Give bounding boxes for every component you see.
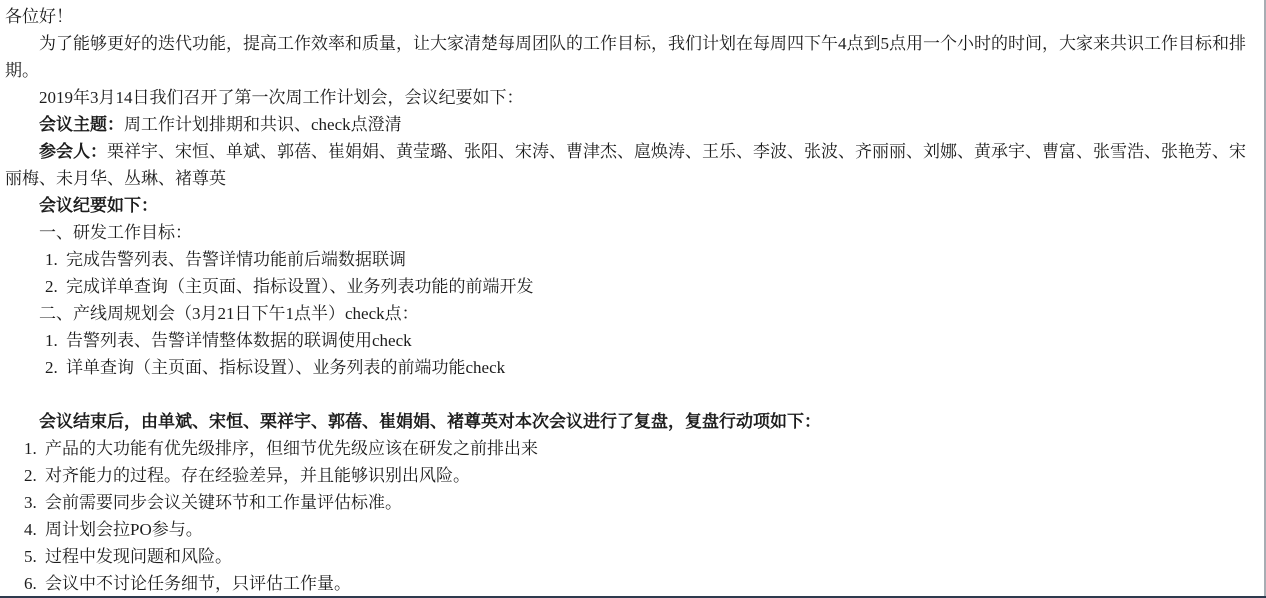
attendees-label: 参会人： bbox=[39, 142, 107, 161]
list-item: 产品的大功能有优先级排序，但细节优先级应该在研发之前排出来 bbox=[41, 435, 1256, 462]
list-item: 告警列表、告警详情整体数据的联调使用check bbox=[62, 327, 1256, 354]
blank-line bbox=[5, 381, 1256, 408]
meeting-topic-text: 周工作计划排期和共识、check点澄清 bbox=[124, 115, 402, 134]
minutes-heading: 会议纪要如下： bbox=[5, 192, 1256, 219]
list-item: 完成告警列表、告警详情功能前后端数据联调 bbox=[62, 246, 1256, 273]
review-heading: 会议结束后，由单斌、宋恒、栗祥宇、郭蓓、崔娟娟、褚尊英对本次会议进行了复盘，复盘… bbox=[5, 408, 1256, 435]
meeting-topic-label: 会议主题： bbox=[39, 115, 124, 134]
document-page: 各位好！ 为了能够更好的迭代功能，提高工作效率和质量，让大家清楚每周团队的工作目… bbox=[0, 0, 1266, 598]
attendees-line: 参会人：栗祥宇、宋恒、单斌、郭蓓、崔娟娟、黄莹璐、张阳、宋涛、曹津杰、扈焕涛、王… bbox=[5, 138, 1256, 192]
list-item: 详单查询（主页面、指标设置）、业务列表的前端功能check bbox=[62, 354, 1256, 381]
section1-list: 完成告警列表、告警详情功能前后端数据联调完成详单查询（主页面、指标设置）、业务列… bbox=[5, 246, 1256, 300]
attendees-text: 栗祥宇、宋恒、单斌、郭蓓、崔娟娟、黄莹璐、张阳、宋涛、曹津杰、扈焕涛、王乐、李波… bbox=[5, 142, 1246, 188]
section2-title: 二、产线周规划会（3月21日下午1点半）check点： bbox=[5, 300, 1256, 327]
list-item: 会前需要同步会议关键环节和工作量评估标准。 bbox=[41, 489, 1256, 516]
list-item: 周计划会拉PO参与。 bbox=[41, 516, 1256, 543]
list-item: 对齐能力的过程。存在经验差异，并且能够识别出风险。 bbox=[41, 462, 1256, 489]
intro-paragraph: 为了能够更好的迭代功能，提高工作效率和质量，让大家清楚每周团队的工作目标，我们计… bbox=[5, 30, 1256, 84]
section2-list: 告警列表、告警详情整体数据的联调使用check详单查询（主页面、指标设置）、业务… bbox=[5, 327, 1256, 381]
list-item: 完成详单查询（主页面、指标设置）、业务列表功能的前端开发 bbox=[62, 273, 1256, 300]
greeting-line: 各位好！ bbox=[5, 3, 1256, 30]
meeting-topic-line: 会议主题：周工作计划排期和共识、check点澄清 bbox=[5, 111, 1256, 138]
section1-title: 一、研发工作目标： bbox=[5, 219, 1256, 246]
review-list: 产品的大功能有优先级排序，但细节优先级应该在研发之前排出来对齐能力的过程。存在经… bbox=[5, 435, 1256, 597]
list-item: 过程中发现问题和风险。 bbox=[41, 543, 1256, 570]
meeting-announcement: 2019年3月14日我们召开了第一次周工作计划会，会议纪要如下： bbox=[5, 84, 1256, 111]
list-item: 会议中不讨论任务细节，只评估工作量。 bbox=[41, 570, 1256, 597]
